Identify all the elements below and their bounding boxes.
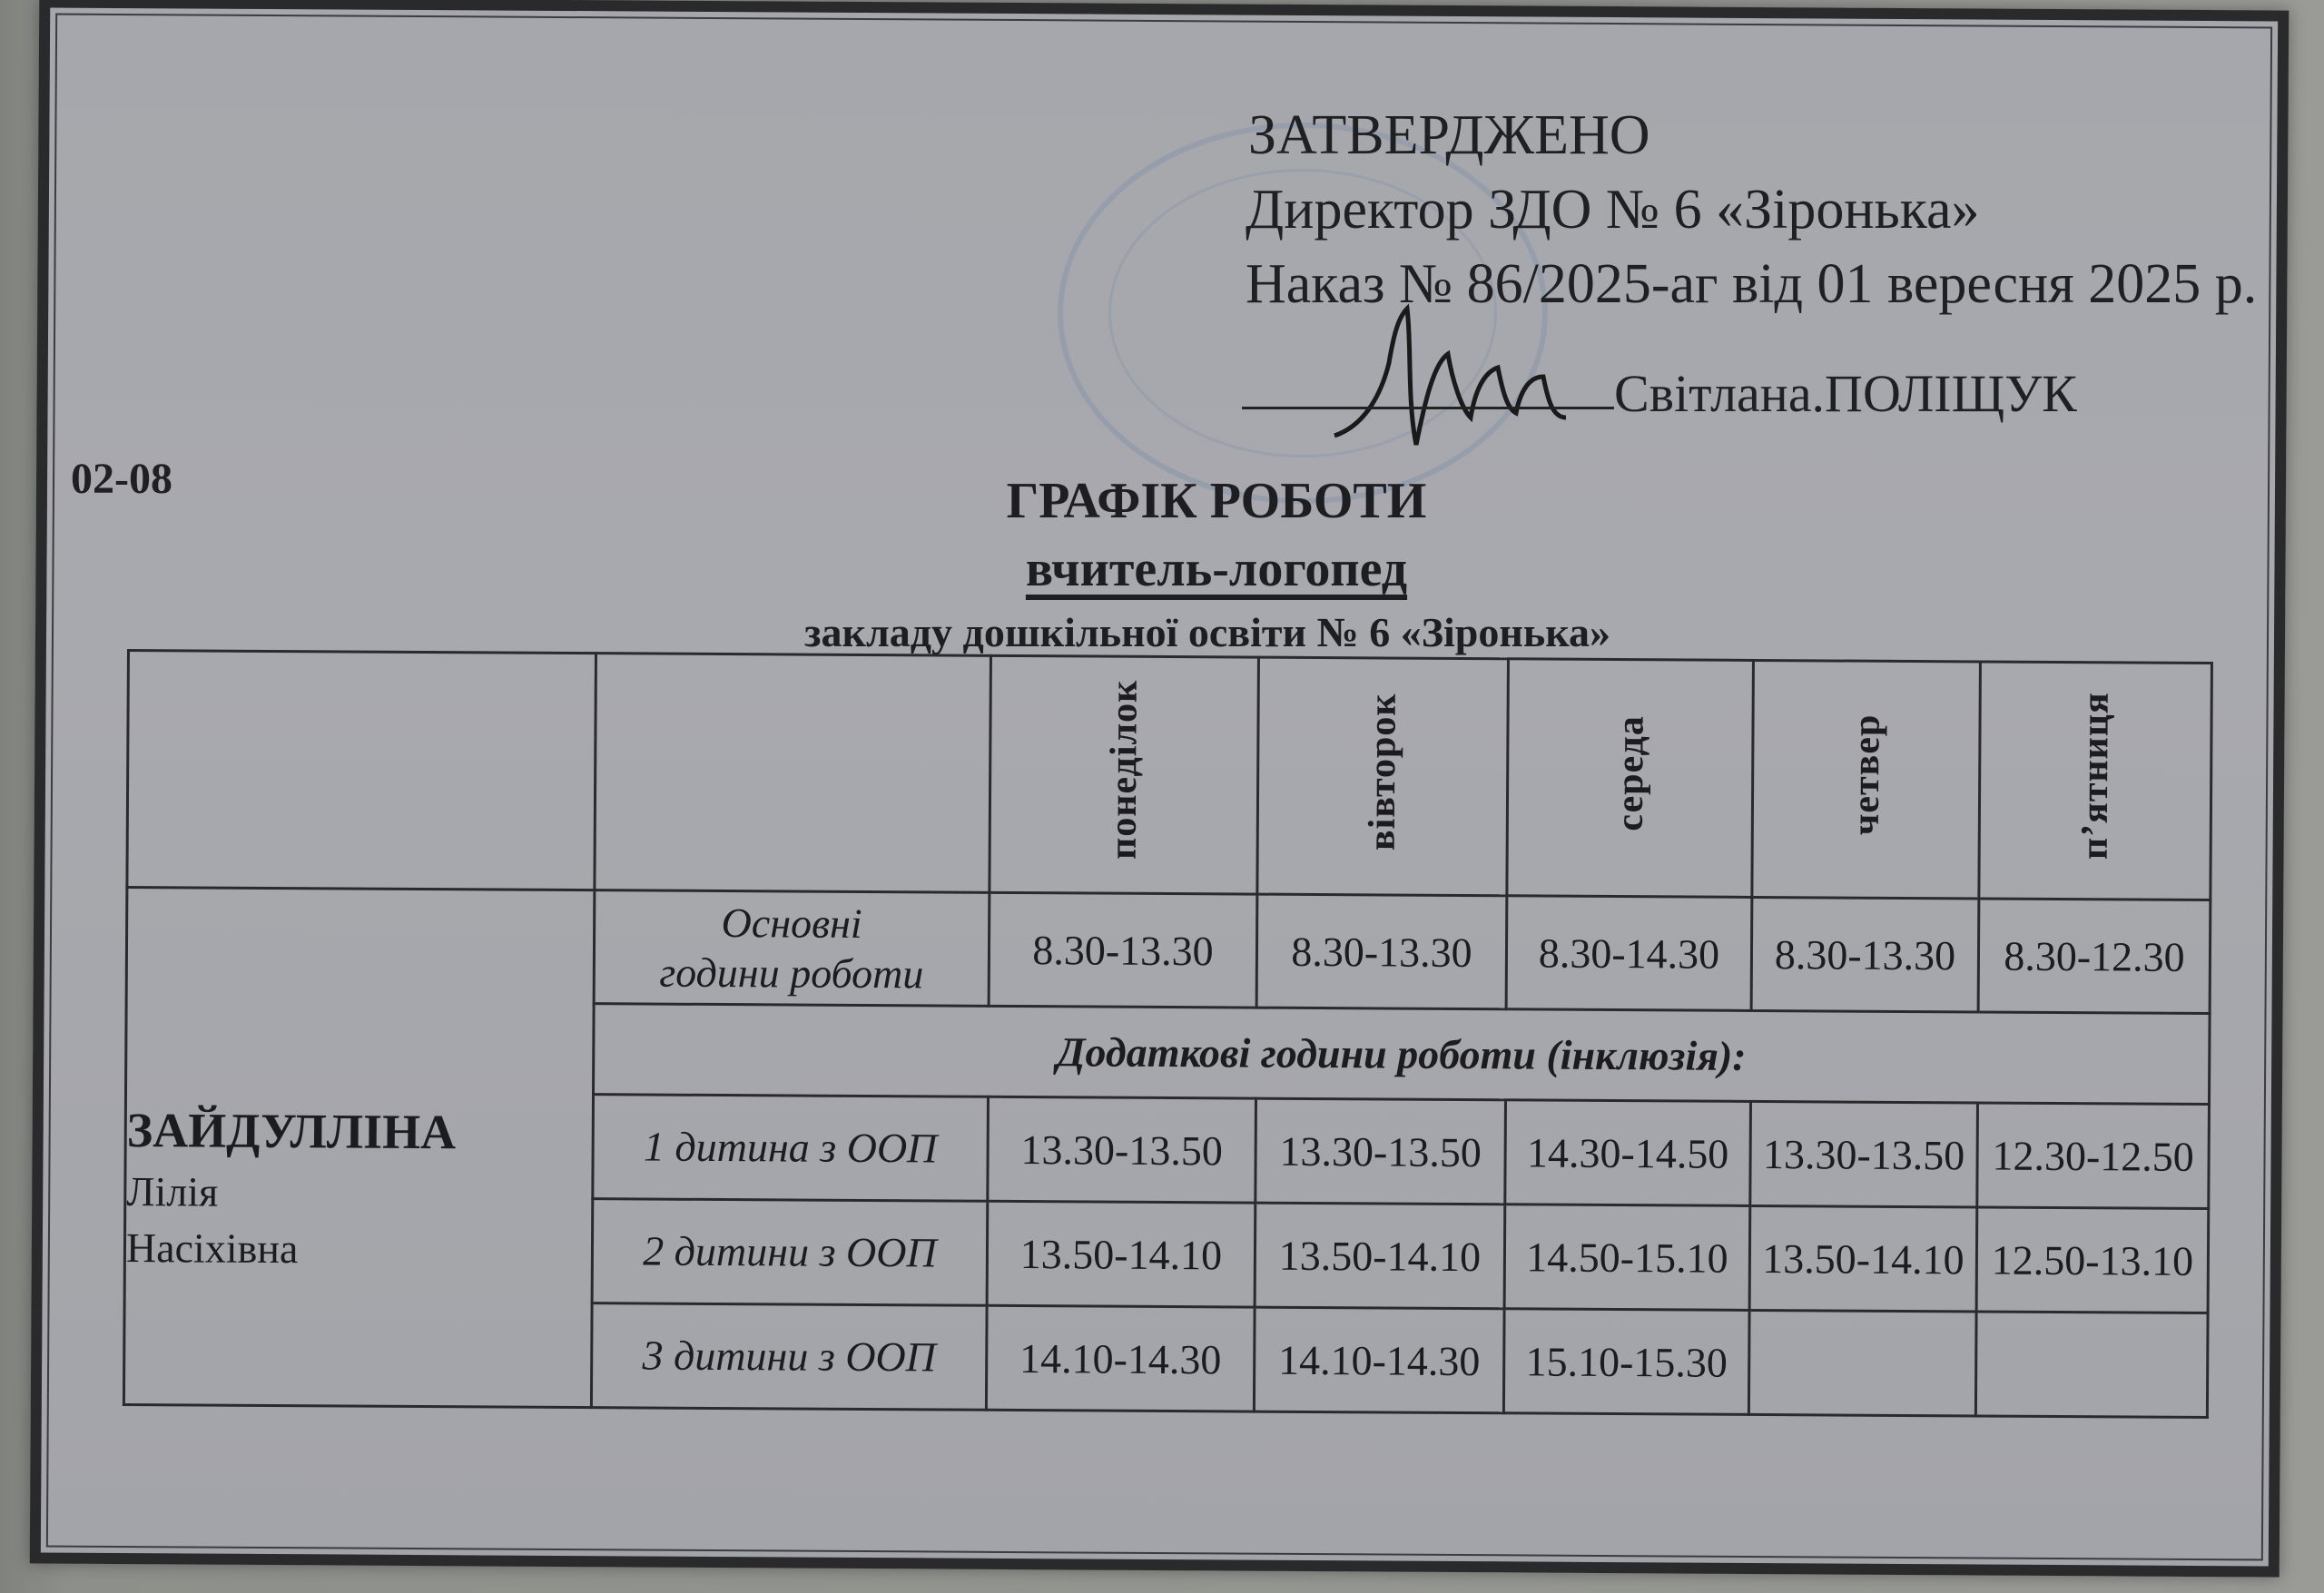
row-label: 3 дитини з ООП [591, 1303, 987, 1411]
table-cell [1748, 1310, 1976, 1416]
table-cell: 13.50-14.10 [1749, 1205, 1977, 1312]
employee-name-cell: ЗАЙДУЛЛІНА Лілія Насіхівна [123, 888, 594, 1408]
table-cell: 13.50-14.10 [987, 1201, 1256, 1307]
header-day-mon: понеділок [990, 655, 1259, 894]
document-institution: закладу дошкільної освіти № 6 «Зіронька» [0, 608, 2324, 656]
document-role: вчитель-логопед [0, 540, 2324, 598]
main-hours-label: Основні години роботи [594, 890, 990, 1007]
employee-patronymic: Насіхівна [126, 1220, 591, 1279]
table-cell: 12.50-13.10 [1976, 1207, 2209, 1313]
table-cell: 15.10-15.30 [1503, 1309, 1749, 1415]
additional-hours-header: Додаткові години роботи (інклюзія): [594, 1004, 2211, 1105]
table-cell: 14.10-14.30 [1254, 1307, 1504, 1413]
employee-first-name: Лілія [126, 1164, 591, 1223]
approval-position: Директор ЗДО № 6 «Зіронька» [1246, 182, 1980, 238]
row-label: 2 дитини з ООП [592, 1199, 988, 1306]
header-empty-name [127, 651, 596, 890]
approval-label: ЗАТВЕРДЖЕНО [1248, 107, 1650, 163]
signature-line [1242, 407, 1614, 409]
header-empty-label [595, 654, 991, 893]
table-cell: 8.30-12.30 [1978, 899, 2211, 1014]
role-text: вчитель-логопед [1026, 541, 1407, 597]
table-header-row: понеділок вівторок середа четвер п’ятниц… [127, 651, 2212, 900]
approval-signatory: Світлана.ПОЛІЩУК [1614, 368, 2077, 420]
table-cell: 8.30-13.30 [989, 892, 1257, 1008]
schedule-table: понеділок вівторок середа четвер п’ятниц… [123, 649, 2213, 1419]
header-day-fri: п’ятниця [1979, 662, 2212, 900]
table-cell: 12.30-12.50 [1977, 1103, 2210, 1209]
table-cell: 13.30-13.50 [1750, 1101, 1978, 1207]
header-day-wed: середа [1507, 659, 1754, 898]
table-cell: 14.30-14.50 [1505, 1100, 1751, 1206]
table-cell: 14.50-15.10 [1504, 1205, 1750, 1311]
row-label: 1 дитина з ООП [593, 1095, 989, 1202]
table-cell: 13.30-13.50 [988, 1096, 1256, 1203]
table-cell: 8.30-14.30 [1506, 896, 1752, 1011]
table-row-main-hours: ЗАЙДУЛЛІНА Лілія Насіхівна Основні годин… [126, 888, 2211, 1014]
table-cell: 8.30-13.30 [1751, 897, 1979, 1012]
table-cell: 8.30-13.30 [1256, 894, 1507, 1009]
signature-icon [1325, 290, 1598, 472]
table-cell: 13.30-13.50 [1256, 1098, 1506, 1205]
document-title: ГРАФІК РОБОТИ [0, 472, 2324, 530]
table-cell: 13.50-14.10 [1255, 1203, 1505, 1309]
table-cell: 14.10-14.30 [986, 1305, 1255, 1411]
header-day-thu: четвер [1752, 660, 1981, 899]
table-cell [1975, 1312, 2208, 1418]
employee-surname: ЗАЙДУЛЛІНА [127, 1097, 592, 1166]
header-day-tue: вівторок [1257, 657, 1509, 896]
